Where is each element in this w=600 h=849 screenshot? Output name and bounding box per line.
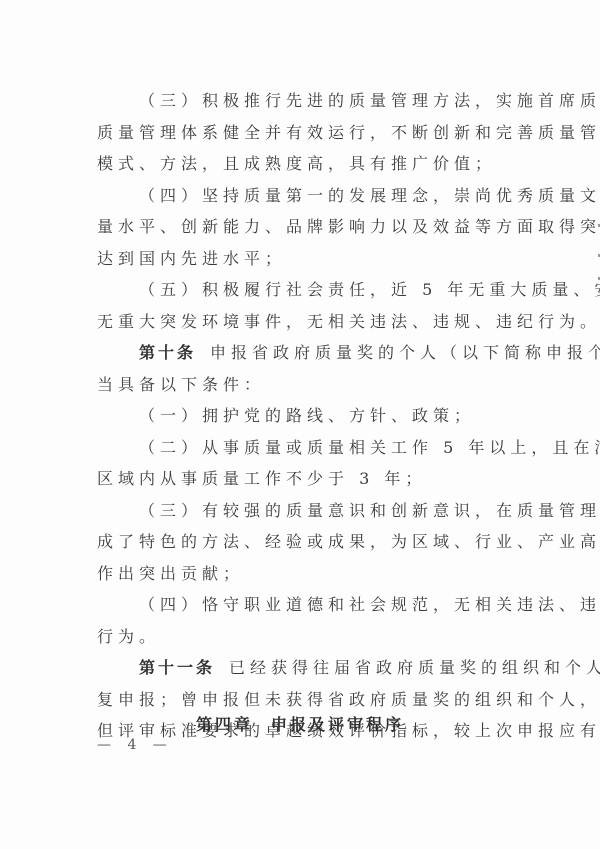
line-text: （二）从事质量或质量相关工作 5 年以上，且在河北省行政	[139, 438, 600, 457]
paragraph-line: 质量管理体系健全并有效运行，不断创新和完善质量管理制度、	[97, 117, 543, 149]
paragraph-line: 成了特色的方法、经验或成果，为区域、行业、产业高质量发展	[97, 526, 543, 558]
line-text: （四）恪守职业道德和社会规范，无相关违法、违规、违纪	[139, 595, 600, 614]
paragraph-line: （五）积极履行社会责任，近 5 年无重大质量、安全等事故，	[97, 274, 543, 306]
line-text: 当具备以下条件：	[97, 375, 265, 394]
paragraph-line: 达到国内先进水平；	[97, 243, 543, 275]
article-10-line: 第十条申报省政府质量奖的个人（以下简称申报个人）应	[97, 337, 543, 369]
line-text: 模式、方法，且成熟度高，具有推广价值；	[97, 154, 496, 173]
line-text: 质量管理体系健全并有效运行，不断创新和完善质量管理制度、	[97, 123, 600, 142]
paragraph-line: 量水平、创新能力、品牌影响力以及效益等方面取得突出成绩并	[97, 211, 543, 243]
line-text: （一）拥护党的路线、方针、政策；	[139, 406, 475, 425]
article-label: 第十一条	[139, 658, 215, 677]
article-label: 第十条	[139, 343, 196, 362]
body-text: （三）积极推行先进的质量管理方法，实施首席质量官制度， 质量管理体系健全并有效运…	[97, 85, 543, 747]
line-text: 达到国内先进水平；	[97, 249, 286, 268]
article-11-line: 第十一条已经获得往届省政府质量奖的组织和个人不得重	[97, 652, 543, 684]
chapter-heading: 第四章申报及评审程序	[0, 712, 600, 735]
paragraph-line: （二）从事质量或质量相关工作 5 年以上，且在河北省行政	[97, 432, 543, 464]
line-text: 行为。	[97, 627, 160, 646]
line-text: 申报省政府质量奖的个人（以下简称申报个人）应	[210, 343, 600, 362]
line-text: （四）坚持质量第一的发展理念，崇尚优秀质量文化，在质	[139, 186, 600, 205]
line-text: 区域内从事质量工作不少于 3 年；	[97, 469, 426, 488]
line-text: （三）有较强的质量意识和创新意识，在质量管理实践中形	[139, 501, 600, 520]
document-page: （三）积极推行先进的质量管理方法，实施首席质量官制度， 质量管理体系健全并有效运…	[0, 0, 600, 849]
paragraph-line: 作出突出贡献；	[97, 558, 543, 590]
page-number: — 4 —	[97, 737, 173, 753]
line-text: 量水平、创新能力、品牌影响力以及效益等方面取得突出成绩并	[97, 217, 600, 236]
line-text: 成了特色的方法、经验或成果，为区域、行业、产业高质量发展	[97, 532, 600, 551]
paragraph-line: 复申报；曾申报但未获得省政府质量奖的组织和个人，可继续申报，	[97, 684, 543, 716]
paragraph-line: 行为。	[97, 621, 543, 653]
chapter-title: 申报及评审程序	[271, 715, 404, 734]
paragraph-line: 模式、方法，且成熟度高，具有推广价值；	[97, 148, 543, 180]
paragraph-line: （四）坚持质量第一的发展理念，崇尚优秀质量文化，在质	[97, 180, 543, 212]
paragraph-line: （三）积极推行先进的质量管理方法，实施首席质量官制度，	[97, 85, 543, 117]
line-text: 复申报；曾申报但未获得省政府质量奖的组织和个人，可继续申报，	[97, 690, 600, 709]
paragraph-line: （一）拥护党的路线、方针、政策；	[97, 400, 543, 432]
line-text: （三）积极推行先进的质量管理方法，实施首席质量官制度，	[139, 91, 600, 110]
line-text: 作出突出贡献；	[97, 564, 244, 583]
chapter-number: 第四章	[196, 715, 253, 734]
paragraph-line: （四）恪守职业道德和社会规范，无相关违法、违规、违纪	[97, 589, 543, 621]
paragraph-line: 区域内从事质量工作不少于 3 年；	[97, 463, 543, 495]
line-text: 已经获得往届省政府质量奖的组织和个人不得重	[229, 658, 600, 677]
line-text: 无重大突发环境事件，无相关违法、违规、违纪行为。	[97, 312, 600, 331]
paragraph-line: （三）有较强的质量意识和创新意识，在质量管理实践中形	[97, 495, 543, 527]
line-text: （五）积极履行社会责任，近 5 年无重大质量、安全等事故，	[139, 280, 600, 299]
paragraph-line: 无重大突发环境事件，无相关违法、违规、违纪行为。	[97, 306, 543, 338]
paragraph-line: 当具备以下条件：	[97, 369, 543, 401]
